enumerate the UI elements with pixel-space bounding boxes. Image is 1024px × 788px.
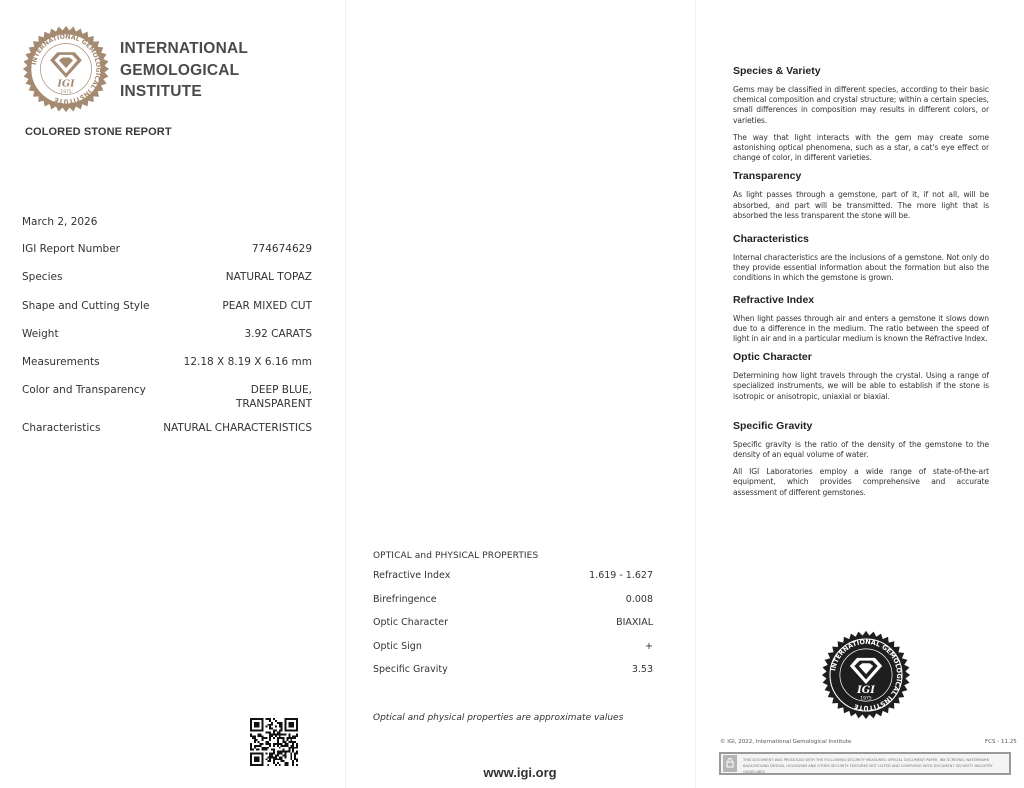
property-row: Refractive Index1.619 - 1.627 [373,570,653,594]
property-value: BIAXIAL [616,617,653,628]
detail-label: IGI Report Number [22,243,120,255]
info-section: Specific GravitySpecific gravity is the … [733,420,989,498]
detail-label: Shape and Cutting Style [22,300,149,312]
detail-value: 12.18 X 8.19 X 6.16 mm [184,356,312,370]
org-name-line: INTERNATIONAL [120,38,248,60]
fold-divider [345,0,346,788]
property-value: 3.53 [632,664,653,675]
section-heading: Specific Gravity [733,420,989,432]
property-label: Refractive Index [373,570,450,581]
detail-value: PEAR MIXED CUT [222,300,312,314]
detail-value: NATURAL TOPAZ [226,271,312,285]
detail-label: Weight [22,328,59,340]
detail-row: Measurements12.18 X 8.19 X 6.16 mm [22,356,312,384]
property-value: 1.619 - 1.627 [589,570,653,581]
detail-value: NATURAL CHARACTERISTICS [163,422,312,436]
org-name-line: GEMOLOGICAL [120,60,248,82]
property-label: Birefringence [373,594,437,605]
property-row: Optic CharacterBIAXIAL [373,617,653,641]
info-section: Optic CharacterDetermining how light tra… [733,351,989,402]
section-heading: Species & Variety [733,65,989,77]
property-label: Optic Sign [373,641,422,652]
qr-code-icon[interactable] [250,718,298,766]
section-paragraph: Gems may be classified in different spec… [733,85,989,126]
security-features-banner: THIS DOCUMENT WAS PRODUCED WITH THE FOLL… [719,752,1011,775]
section-heading: Refractive Index [733,294,989,306]
detail-label: Species [22,271,62,283]
property-value: + [645,641,653,652]
property-value: 0.008 [626,594,653,605]
detail-label: Color and Transparency [22,384,146,396]
section-paragraph: As light passes through a gemstone, part… [733,190,989,221]
info-section: CharacteristicsInternal characteristics … [733,233,989,284]
property-row: Specific Gravity3.53 [373,664,653,688]
section-paragraph: Internal characteristics are the inclusi… [733,253,989,284]
fold-divider [695,0,696,788]
svg-text:1975: 1975 [860,695,872,701]
info-section: Species & VarietyGems may be classified … [733,65,989,163]
section-heading: Optic Character [733,351,989,363]
organization-name: INTERNATIONAL GEMOLOGICAL INSTITUTE [120,38,248,103]
org-name-line: INSTITUTE [120,81,248,103]
detail-row: CharacteristicsNATURAL CHARACTERISTICS [22,422,312,450]
info-sections: Species & VarietyGems may be classified … [733,65,989,505]
section-paragraph: When light passes through air and enters… [733,314,989,345]
properties-note: Optical and physical properties are appr… [373,713,623,723]
form-code: FCS - 11.25 [985,739,1017,745]
property-row: Birefringence0.008 [373,594,653,618]
website-link[interactable]: www.igi.org [345,765,695,780]
report-details-table: IGI Report Number774674629SpeciesNATURAL… [22,243,312,451]
detail-value: 774674629 [252,243,312,257]
detail-row: IGI Report Number774674629 [22,243,312,271]
detail-label: Characteristics [22,422,101,434]
igi-seal-logo-icon: INTERNATIONAL GEMOLOGICAL INSTITUTEIGI19… [22,25,110,113]
svg-text:IGI: IGI [856,685,875,696]
info-section: Refractive IndexWhen light passes throug… [733,294,989,345]
property-row: Optic Sign+ [373,641,653,665]
section-heading: Transparency [733,170,989,182]
section-paragraph: Determining how light travels through th… [733,371,989,402]
section-paragraph: All IGI Laboratories employ a wide range… [733,467,989,498]
security-text: THIS DOCUMENT WAS PRODUCED WITH THE FOLL… [743,757,1008,775]
section-heading: Characteristics [733,233,989,245]
report-title: COLORED STONE REPORT [25,126,172,138]
detail-row: Color and TransparencyDEEP BLUE, TRANSPA… [22,384,312,422]
svg-text:1975: 1975 [60,89,71,95]
report-date: March 2, 2026 [22,216,97,228]
igi-seal-black-icon: INTERNATIONAL GEMOLOGICAL INSTITUTEIGI19… [821,630,911,720]
detail-row: SpeciesNATURAL TOPAZ [22,271,312,299]
detail-label: Measurements [22,356,100,368]
info-section: TransparencyAs light passes through a ge… [733,170,989,221]
property-label: Optic Character [373,617,448,628]
section-paragraph: Specific gravity is the ratio of the den… [733,440,989,460]
copyright-notice: © IGI, 2022, International Gemological I… [720,739,851,745]
optical-physical-properties: OPTICAL and PHYSICAL PROPERTIES Refracti… [373,551,653,688]
lock-icon [723,755,737,772]
section-paragraph: The way that light interacts with the ge… [733,133,989,164]
detail-value: DEEP BLUE, TRANSPARENT [236,384,312,411]
detail-row: Weight3.92 CARATS [22,328,312,356]
property-label: Specific Gravity [373,664,448,675]
detail-value: 3.92 CARATS [244,328,312,342]
svg-text:IGI: IGI [56,79,75,90]
properties-title: OPTICAL and PHYSICAL PROPERTIES [373,551,653,561]
detail-row: Shape and Cutting StylePEAR MIXED CUT [22,300,312,328]
